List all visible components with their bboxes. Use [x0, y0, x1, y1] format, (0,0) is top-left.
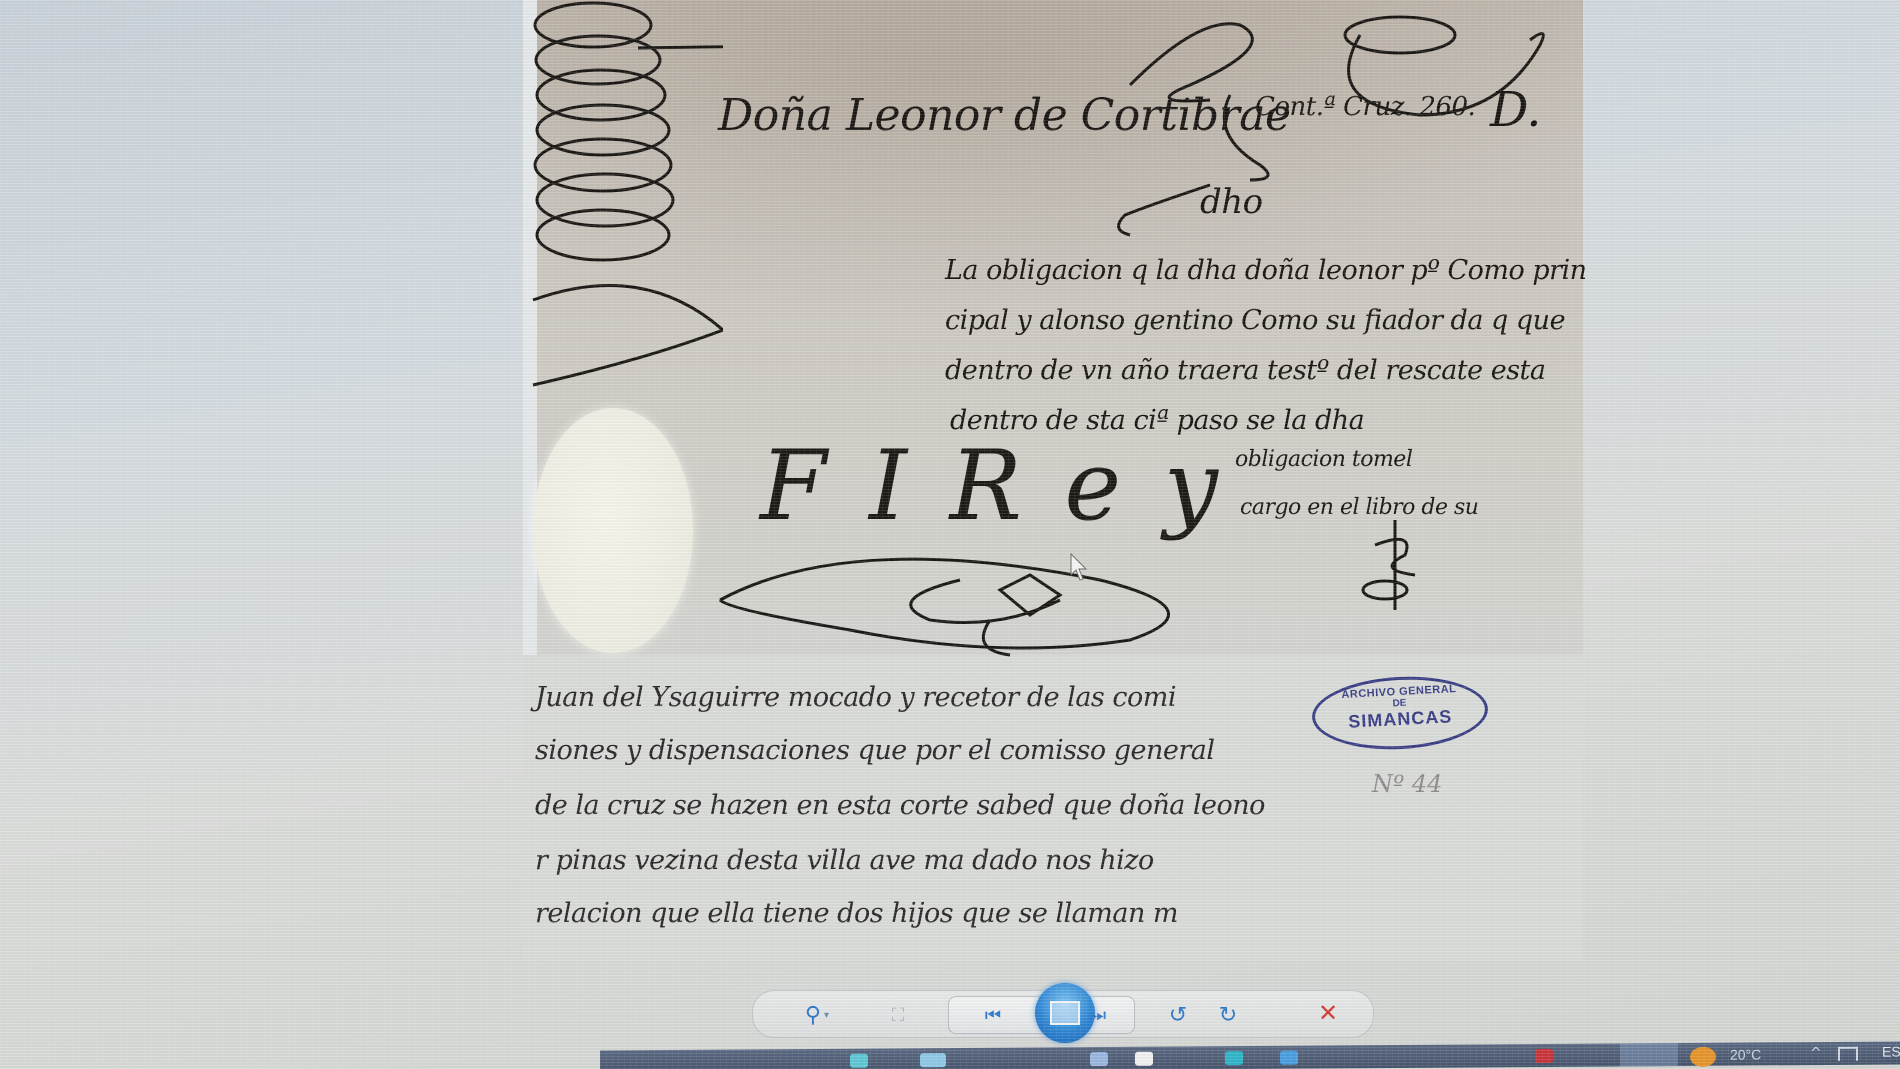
screen-glare [533, 408, 693, 653]
body-line-3: dentro de vn año traera testº del rescat… [945, 355, 1546, 386]
tray-chevron-icon[interactable]: ^ [1810, 1045, 1822, 1061]
photo-viewer-window: Doña Leonor de Cortibrae Cont.ª Cruz. 26… [0, 0, 1900, 1069]
weather-temperature[interactable]: 20°C [1730, 1046, 1761, 1062]
next-icon: ⏭ [1090, 1005, 1106, 1026]
lower-line-2: siones y dispensaciones que por el comis… [535, 735, 1214, 766]
document-heading: Doña Leonor de Cortibrae [718, 90, 1291, 141]
lower-line-4: r pinas vezina desta villa ave ma dado n… [535, 845, 1154, 876]
rotate-clockwise-icon: ↻ [1219, 1003, 1237, 1028]
magnifier-icon: ⚲ [805, 1003, 821, 1028]
taskbar-app-icon[interactable] [1090, 1052, 1108, 1066]
chevron-down-icon: ▾ [824, 1010, 829, 1021]
play-slideshow-icon [1050, 1001, 1080, 1025]
marginal-spiral-flourish [523, 0, 723, 400]
signature-flourish [700, 540, 1220, 660]
input-language[interactable]: ES [1882, 1043, 1900, 1059]
actual-size-button[interactable]: ⛶ [883, 1001, 913, 1029]
taskbar-photo-viewer-active[interactable] [1620, 1043, 1678, 1066]
taskbar-app-icon[interactable] [1280, 1051, 1298, 1065]
taskbar-app-icon[interactable] [850, 1054, 868, 1068]
network-icon[interactable] [1838, 1047, 1858, 1061]
dho-flourish [1110, 175, 1220, 245]
margin-note-line-2: cargo en el libro de su [1240, 495, 1478, 520]
lower-line-1: Juan del Ysaguirre mocado y recetor de l… [535, 682, 1176, 713]
actual-size-icon: ⛶ [892, 1005, 905, 1026]
reference-letter: D. [1490, 82, 1541, 138]
lower-line-3: de la cruz se hazen en esta corte sabed … [535, 790, 1265, 821]
lower-line-5: relacion que ella tiene dos hijos que se… [535, 898, 1178, 929]
rubric-mark [1355, 515, 1435, 615]
taskbar-app-icon[interactable] [1225, 1051, 1243, 1065]
body-line-2: cipal y alonso gentino Como su fiador da… [945, 305, 1565, 336]
rotate-counterclockwise-icon: ↺ [1169, 1003, 1187, 1028]
archive-reference: Cont.ª Cruz. 260. [1255, 92, 1475, 122]
previous-button[interactable]: ⏮ [973, 1001, 1013, 1029]
rotate-left-button[interactable]: ↺ [1163, 1001, 1193, 1029]
weather-icon[interactable] [1690, 1047, 1716, 1067]
mouse-pointer-icon [1070, 553, 1090, 583]
previous-icon: ⏮ [985, 1005, 1001, 1026]
body-line-1: La obligacion q la dha doña leonor pº Co… [945, 255, 1587, 286]
delete-button[interactable]: ✕ [1313, 999, 1343, 1027]
taskbar-app-icon[interactable] [1135, 1052, 1153, 1066]
taskbar-app-icon[interactable] [1535, 1049, 1553, 1063]
next-button[interactable]: ⏭ [1078, 1001, 1118, 1029]
delete-icon: ✕ [1318, 999, 1338, 1027]
zoom-button[interactable]: ⚲ ▾ [793, 1001, 841, 1029]
rotate-right-button[interactable]: ↻ [1213, 1001, 1243, 1029]
royal-signature: F I R e y [760, 430, 1224, 542]
folio-number: Nº 44 [1372, 770, 1442, 798]
taskbar-app-icon[interactable] [920, 1053, 946, 1067]
margin-note-line-1: obligacion tomel [1235, 447, 1412, 472]
viewer-toolbar: ⚲ ▾ ⛶ ⏮ ⏭ ↺ ↻ ✕ [752, 990, 1374, 1038]
